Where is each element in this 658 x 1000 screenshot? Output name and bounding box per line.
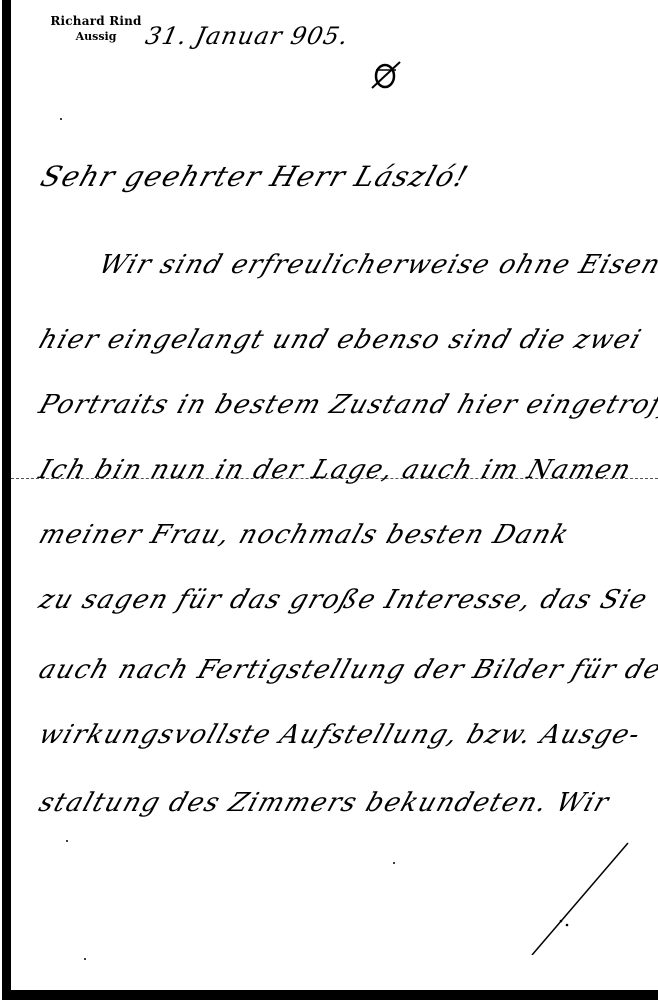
body-line-9: staltung des Zimmers bekundeten. Wir	[35, 788, 613, 818]
scan-speck	[60, 118, 62, 120]
body-line-2: hier eingelangt und ebenso sind die zwei	[35, 325, 646, 355]
crossed-circle-mark-icon	[368, 58, 402, 92]
body-line-6: zu sagen für das große Interesse, das Si…	[35, 585, 652, 615]
salutation: Sehr geehrter Herr László!	[37, 160, 474, 193]
letterhead-name: Richard Rind	[46, 14, 146, 29]
body-line-1: Wir sind erfreulicherweise ohne Eisenbah…	[95, 250, 658, 280]
paper-fold-crease	[11, 478, 658, 479]
letter-page: Richard Rind Aussig 31. Januar 905. Sehr…	[0, 0, 658, 1000]
closing-diagonal-stroke-icon	[520, 835, 640, 955]
scan-border-left	[2, 0, 11, 1000]
scan-border-bottom	[8, 990, 658, 1000]
scan-speck	[66, 840, 68, 842]
body-line-8: wirkungsvollste Aufstellung, bzw. Ausge-	[35, 720, 645, 750]
body-line-3: Portraits in bestem Zustand hier eingetr…	[35, 390, 658, 420]
body-line-7: auch nach Fertigstellung der Bilder für …	[35, 655, 658, 685]
body-line-4: Ich bin nun in der Lage, auch im Namen	[35, 455, 636, 485]
body-line-5: meiner Frau, nochmals besten Dank	[35, 520, 574, 550]
letterhead-town: Aussig	[46, 29, 146, 44]
scan-speck	[393, 862, 395, 864]
letterhead: Richard Rind Aussig	[46, 14, 146, 44]
scan-speck	[84, 958, 86, 960]
letter-date: 31. Januar 905.	[143, 22, 351, 50]
